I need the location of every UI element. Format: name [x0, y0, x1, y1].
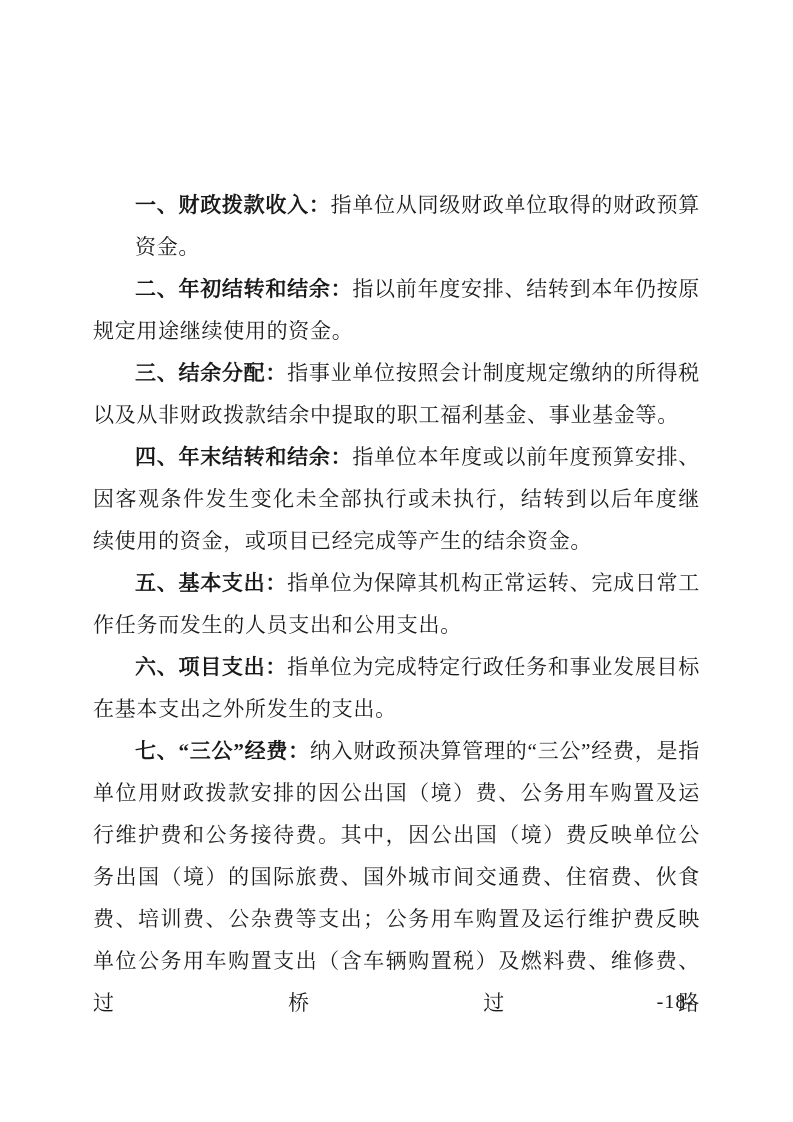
- definition-term: 六、项目支出：: [135, 655, 287, 679]
- definition-paragraph: 六、项目支出：指单位为完成特定行政任务和事业发展目标在基本支出之外所发生的支出。: [93, 646, 700, 730]
- page-number: -18-: [657, 991, 694, 1014]
- document-body: 一、财政拨款收入：指单位从同级财政单位取得的财政预算资金。 二、年初结转和结余：…: [93, 184, 700, 1024]
- definition-term: 五、基本支出：: [135, 571, 287, 595]
- definition-term: 七、“三公”经费：: [135, 739, 310, 763]
- definition-paragraph: 三、结余分配：指事业单位按照会计制度规定缴纳的所得税以及从非财政拨款结余中提取的…: [93, 352, 700, 436]
- definition-paragraph: 一、财政拨款收入：指单位从同级财政单位取得的财政预算资金。: [135, 184, 700, 268]
- definition-paragraph: 四、年末结转和结余：指单位本年度或以前年度预算安排、因客观条件发生变化未全部执行…: [93, 436, 700, 562]
- definition-paragraph: 七、“三公”经费：纳入财政预决算管理的“三公”经费，是指单位用财政拨款安排的因公…: [93, 730, 700, 1024]
- definition-term: 三、结余分配：: [135, 361, 287, 385]
- definition-term: 一、财政拨款收入：: [135, 193, 331, 217]
- document-page: 一、财政拨款收入：指单位从同级财政单位取得的财政预算资金。 二、年初结转和结余：…: [0, 0, 793, 1122]
- definition-text: 纳入财政预决算管理的“三公”经费，是指单位用财政拨款安排的因公出国（境）费、公务…: [93, 739, 700, 1015]
- definition-paragraph: 五、基本支出：指单位为保障其机构正常运转、完成日常工作任务而发生的人员支出和公用…: [93, 562, 700, 646]
- definition-term: 二、年初结转和结余：: [135, 277, 352, 301]
- definition-term: 四、年末结转和结余：: [135, 445, 352, 469]
- definition-paragraph: 二、年初结转和结余：指以前年度安排、结转到本年仍按原规定用途继续使用的资金。: [93, 268, 700, 352]
